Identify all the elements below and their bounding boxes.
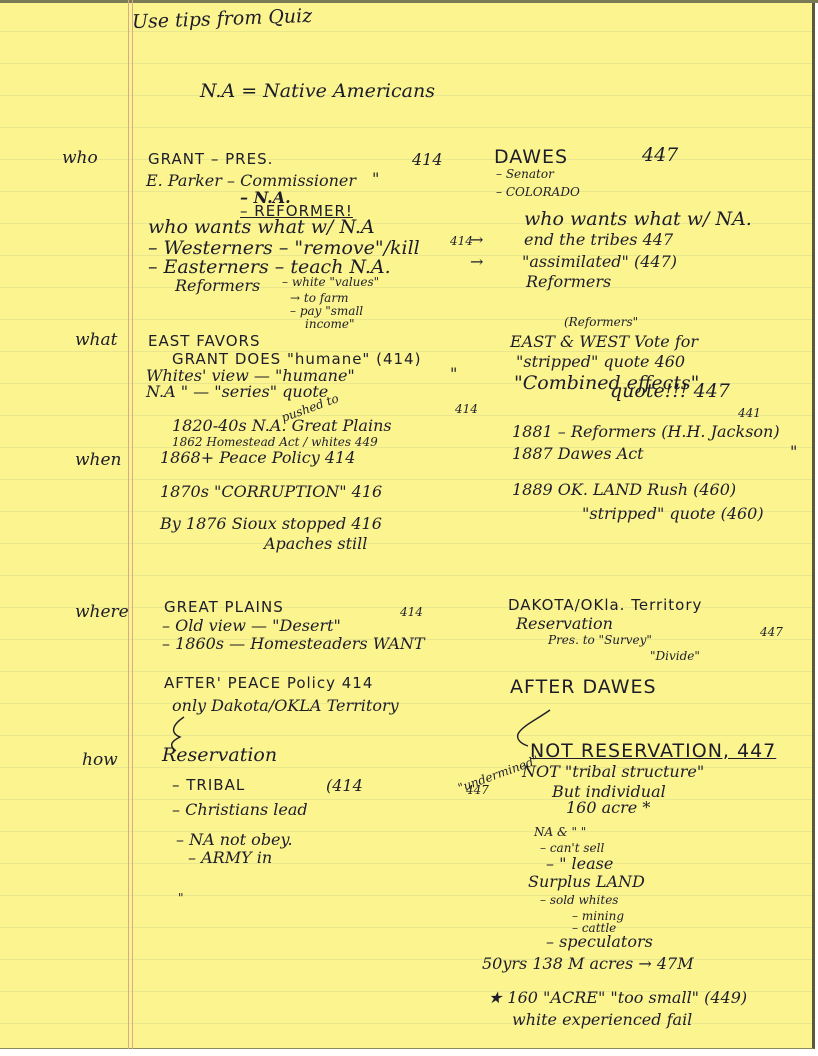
how-right-line: – can't sell xyxy=(540,842,604,854)
section-label-when: when xyxy=(75,452,122,469)
who-right-line: DAWES xyxy=(494,148,568,167)
page-ref: 447 xyxy=(466,784,489,796)
what-right-line: 1887 Dawes Act xyxy=(512,446,644,462)
who-left-line: income" xyxy=(305,318,355,330)
page-ref: 414 xyxy=(412,152,443,168)
who-left-line: GRANT – PRES. xyxy=(148,152,273,167)
where-left-line: – Old view — "Desert" xyxy=(162,618,341,634)
page-ref: 447 xyxy=(642,146,678,165)
where-right-line: DAKOTA/OKla. Territory xyxy=(508,598,702,613)
who-left-line: – pay "small xyxy=(290,305,363,317)
how-left-line: – NA not obey. xyxy=(176,832,293,848)
where-right-line: Reservation xyxy=(516,616,613,632)
when-left-line: 1868+ Peace Policy 414 xyxy=(160,450,355,466)
what-right-line: (Reformers" xyxy=(564,316,638,328)
page-ref: (414 xyxy=(326,778,363,794)
section-label-who: who xyxy=(62,150,98,167)
what-right-line: EAST & WEST Vote for xyxy=(510,334,698,350)
ditto-mark: " xyxy=(372,171,379,187)
how-right-line: – sold whites xyxy=(540,894,618,906)
where-right-line: Pres. to "Survey" xyxy=(548,634,652,646)
where-left-line: only Dakota/OKLA Territory xyxy=(172,698,399,714)
how-right-line: – " lease xyxy=(546,856,613,872)
page-ref: 414 xyxy=(455,403,478,415)
how-right-line: NOT RESERVATION, 447 xyxy=(530,742,776,761)
when-left-line: 1870s "CORRUPTION" 416 xyxy=(160,484,382,500)
page-ref: 447 xyxy=(760,626,783,638)
ditto-mark: " xyxy=(790,444,797,460)
who-right-line: Reformers xyxy=(526,274,611,290)
section-label-where: where xyxy=(75,604,129,621)
how-right-line: 160 acre * xyxy=(566,800,650,816)
where-right-line: AFTER DAWES xyxy=(510,678,657,697)
section-label-what: what xyxy=(75,332,117,349)
how-left-line: – TRIBAL xyxy=(172,778,245,793)
who-right-line: "assimilated" (447) xyxy=(522,254,677,270)
how-right-line: Surplus LAND xyxy=(528,874,645,890)
how-left-line: Reservation xyxy=(162,746,277,765)
where-left-line: – 1860s — Homesteaders WANT xyxy=(162,636,425,652)
page-ref: 414 xyxy=(400,606,423,618)
who-right-line: who wants what w/ NA. xyxy=(524,210,752,229)
who-right-line: – Senator xyxy=(496,168,554,180)
ditto-mark: " xyxy=(450,366,457,382)
how-right-line: 50yrs 138 M acres → 47M xyxy=(482,956,694,972)
ditto-mark: " xyxy=(178,892,184,904)
paper-edge xyxy=(0,0,818,3)
what-left-line: GRANT DOES "humane" (414) xyxy=(172,352,421,367)
how-right-line: – speculators xyxy=(546,934,653,950)
who-left-line: Reformers xyxy=(175,278,260,294)
what-right-line: 1881 – Reformers (H.H. Jackson) xyxy=(512,424,780,440)
section-label-how: how xyxy=(82,752,118,769)
what-right-line: "stripped" quote 460 xyxy=(516,354,685,370)
what-left-line: N.A " — "series" quote xyxy=(146,384,328,400)
margin-line xyxy=(128,0,129,1049)
when-right-line: "stripped" quote (460) xyxy=(582,506,764,522)
who-left-line: – white "values" xyxy=(282,276,379,288)
what-left-line: 1862 Homestead Act / whites 449 xyxy=(172,436,378,448)
margin-line xyxy=(132,0,133,1049)
how-left-line: – ARMY in xyxy=(188,850,272,866)
who-left-line: → to farm xyxy=(290,292,348,304)
how-left-line: – Christians lead xyxy=(172,802,308,818)
how-right-line: NA & " " xyxy=(534,826,586,838)
how-right-line: NOT "tribal structure" xyxy=(522,764,704,780)
page-ref: 441 xyxy=(738,407,761,419)
arrow-icon: → xyxy=(470,232,483,248)
how-right-line: ★ 160 "ACRE" "too small" (449) xyxy=(488,990,747,1006)
when-left-line: By 1876 Sioux stopped 416 xyxy=(160,516,382,532)
how-right-line: white experienced fail xyxy=(512,1012,692,1028)
notebook-paper xyxy=(0,0,815,1049)
when-left-line: Apaches still xyxy=(264,536,367,552)
what-left-line: 1820-40s N.A. Great Plains xyxy=(172,418,392,434)
what-left-line: EAST FAVORS xyxy=(148,334,261,349)
who-left-line: E. Parker – Commissioner xyxy=(146,173,356,189)
where-left-line: AFTER' PEACE Policy 414 xyxy=(164,676,373,691)
where-left-line: GREAT PLAINS xyxy=(164,600,284,615)
who-left-line: who wants what w/ N.A xyxy=(148,218,375,237)
abbreviation-legend: N.A = Native Americans xyxy=(200,82,435,101)
what-right-line: quote!!! 447 xyxy=(610,382,730,401)
who-right-line: end the tribes 447 xyxy=(524,232,673,248)
where-right-line: "Divide" xyxy=(650,650,700,662)
who-right-line: – COLORADO xyxy=(496,186,580,198)
when-right-line: 1889 OK. LAND Rush (460) xyxy=(512,482,736,498)
arrow-icon: → xyxy=(470,254,483,270)
